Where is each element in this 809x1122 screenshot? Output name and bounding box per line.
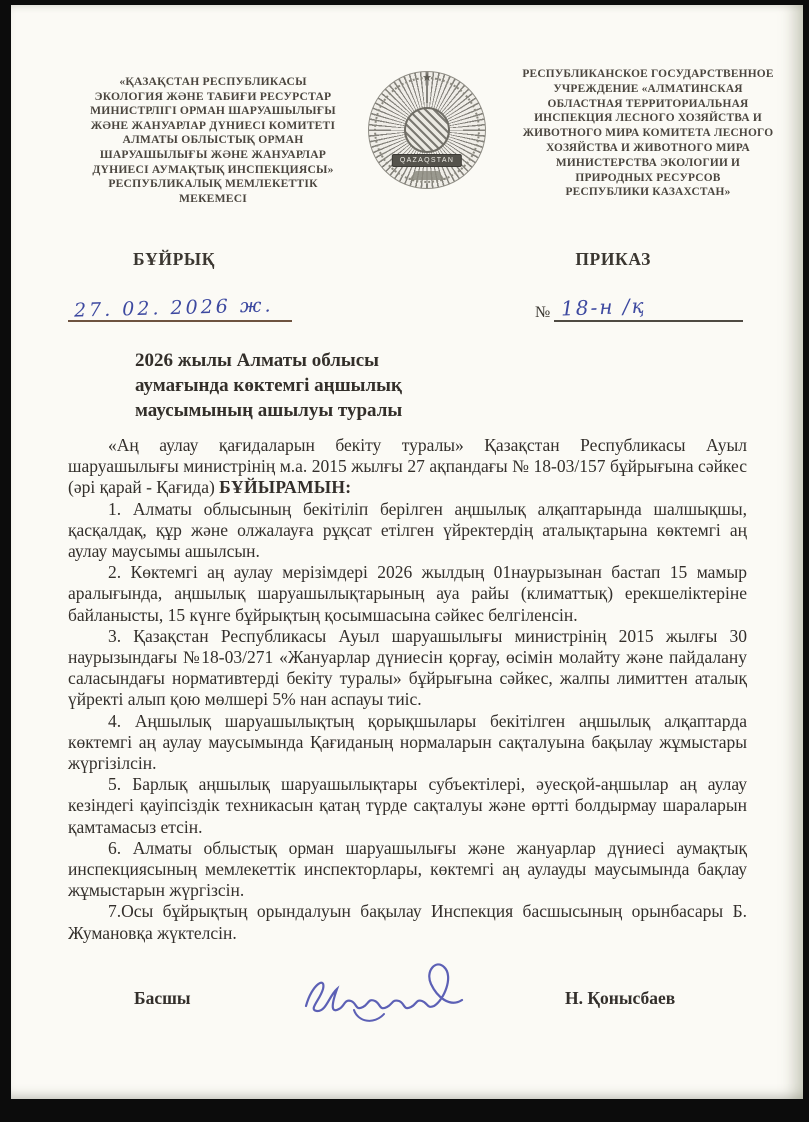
signature-position-label: Басшы xyxy=(134,988,191,1009)
order-item-5: 5. Барлық аңшылық шаруашылықтары субъект… xyxy=(68,774,747,838)
signature-block: Басшы Н. Қонысбаев xyxy=(11,966,803,1038)
order-item-3: 3. Қазақстан Республикасы Ауыл шаруашылы… xyxy=(68,626,747,711)
org-name-kazakh: «ҚАЗАҚСТАН РЕСПУБЛИКАСЫ ЭКОЛОГИЯ ЖӘНЕ ТА… xyxy=(65,75,361,213)
order-item-2: 2. Көктемгі аң аулау мерізімдері 2026 жы… xyxy=(68,562,747,626)
order-label-kazakh: БҰЙРЫҚ xyxy=(133,249,215,270)
handwritten-number: 18-н /қ xyxy=(561,294,646,321)
order-label-russian: ПРИКАЗ xyxy=(575,249,651,270)
signatory-name: Н. Қонысбаев xyxy=(565,988,675,1009)
signature-scribble-icon xyxy=(296,958,476,1034)
date-number-row: 27. 02. 2026 ж. № 18-н /қ xyxy=(11,278,803,322)
handwritten-date: 27. 02. 2026 ж. xyxy=(74,294,274,321)
scan-border: { "document": { "header": { "org_kk_line… xyxy=(0,0,809,1122)
national-emblem: ★ QAZAQSTAN xyxy=(363,71,491,213)
emblem-banner-text: QAZAQSTAN xyxy=(392,154,462,167)
order-item-1: 1. Алматы облысының бекітіліп берілген а… xyxy=(68,499,747,563)
order-verb-bold: БҰЙЫРАМЫН: xyxy=(219,477,351,497)
order-labels: БҰЙРЫҚ ПРИКАЗ xyxy=(11,249,803,270)
order-item-7: 7.Осы бұйрықтың орындалуын бақылау Инспе… xyxy=(68,901,747,943)
emblem-shanyrak-icon xyxy=(404,107,450,153)
document-title: 2026 жылы Алматы облысы аумағында көктем… xyxy=(135,348,803,423)
document-page: «ҚАЗАҚСТАН РЕСПУБЛИКАСЫ ЭКОЛОГИЯ ЖӘНЕ ТА… xyxy=(11,5,803,1099)
intro-text: «Аң аулау қағидаларын бекіту туралы» Қаз… xyxy=(68,435,747,497)
letterhead: «ҚАЗАҚСТАН РЕСПУБЛИКАСЫ ЭКОЛОГИЯ ЖӘНЕ ТА… xyxy=(11,5,803,213)
number-field: № 18-н /қ xyxy=(535,282,743,322)
org-name-russian: РЕСПУБЛИКАНСКОЕ ГОСУДАРСТВЕННОЕ УЧРЕЖДЕН… xyxy=(493,67,803,213)
emblem-star-icon: ★ xyxy=(422,73,432,84)
emblem-circle-icon: ★ QAZAQSTAN xyxy=(368,71,486,189)
date-underline: 27. 02. 2026 ж. xyxy=(68,280,292,322)
order-item-6: 6. Алматы облыстық орман шаруашылығы жән… xyxy=(68,838,747,902)
order-item-4: 4. Аңшылық шаруашылықтың қорықшылары бек… xyxy=(68,711,747,775)
number-label: № xyxy=(535,304,550,322)
intro-paragraph: «Аң аулау қағидаларын бекіту туралы» Қаз… xyxy=(68,435,747,499)
document-body: «Аң аулау қағидаларын бекіту туралы» Қаз… xyxy=(11,435,803,944)
